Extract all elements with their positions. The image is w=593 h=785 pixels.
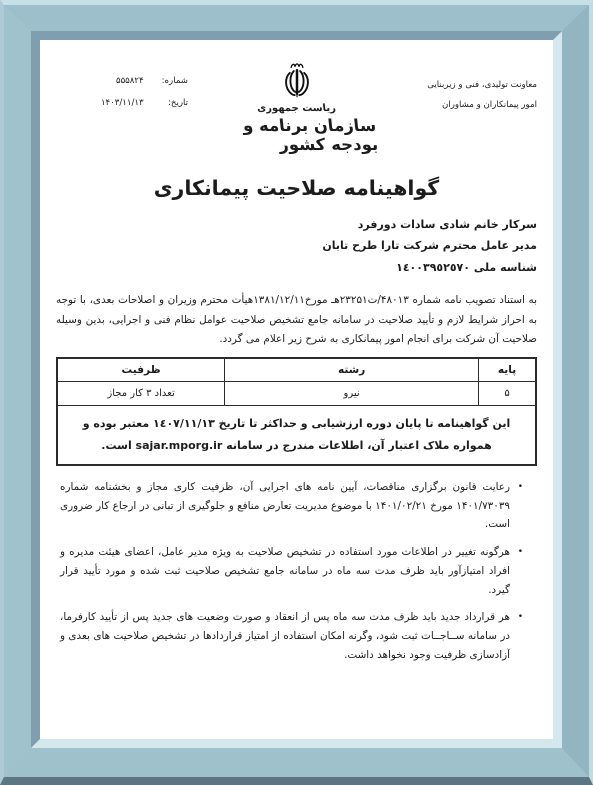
- recipient-name: سرکار خانم شادی سادات دورفرد: [56, 214, 537, 235]
- table-row: ۵ نیرو تعداد ۳ کار مجاز: [57, 382, 536, 406]
- deputy-line-2: امور پیمانکاران و مشاوران: [377, 96, 537, 116]
- frame-band: معاونت تولیدی، فنی و زیربنایی امور پیمان…: [4, 5, 589, 777]
- grade-column-header: پایه: [479, 358, 536, 382]
- capacity-cell: تعداد ۳ کار مجاز: [57, 382, 225, 406]
- note-item-1: رعایت قانون برگزاری مناقصات، آیین نامه ه…: [60, 478, 523, 534]
- number-date-block: شماره: ۵۵۵۸۲۴ تاریخ: ۱۴۰۳/۱۱/۱۳: [56, 76, 216, 108]
- intro-paragraph: به استناد تصویب نامه شماره ۴۸۰۱۳/ت۲۳۲۵۱ه…: [56, 291, 537, 349]
- organization-name: سازمان برنامه و بودجه کشور: [214, 116, 379, 154]
- note-item-2: هرگونه تغییر در اطلاعات مورد استفاده در …: [60, 543, 523, 599]
- deputy-line-1: معاونت تولیدی، فنی و زیربنایی: [377, 76, 537, 96]
- field-cell: نیرو: [225, 382, 479, 406]
- recipient-role: مدیر عامل محترم شرکت تارا طرح تابان: [56, 235, 537, 256]
- certificate-title: گواهینامه صلاحیت پیمانکاری: [56, 176, 537, 200]
- validity-note-line1: این گواهینامه تا پایان دوره ارزشیابی و ح…: [66, 413, 527, 434]
- validity-row: این گواهینامه تا پایان دوره ارزشیابی و ح…: [57, 406, 536, 465]
- certificate-page: معاونت تولیدی، فنی و زیربنایی امور پیمان…: [40, 40, 553, 739]
- letterhead-center: ریاست جمهوری سازمان برنامه و بودجه کشور: [216, 60, 377, 154]
- iran-national-emblem-icon: [279, 60, 315, 102]
- doc-date-label: تاریخ:: [162, 98, 188, 108]
- notes-list: رعایت قانون برگزاری مناقصات، آیین نامه ه…: [60, 478, 523, 664]
- doc-date-value: ۱۴۰۳/۱۱/۱۳: [101, 98, 144, 108]
- table-header-row: پایه رشته ظرفیت: [57, 358, 536, 382]
- letterhead: معاونت تولیدی، فنی و زیربنایی امور پیمان…: [56, 60, 537, 154]
- company-national-id: شناسه ملی ١٤٠٠٣٩٥٢٥٧٠: [56, 257, 537, 278]
- deputy-block: معاونت تولیدی، فنی و زیربنایی امور پیمان…: [377, 76, 537, 116]
- recipient-block: سرکار خانم شادی سادات دورفرد مدیر عامل م…: [56, 214, 537, 278]
- qualification-table: پایه رشته ظرفیت ۵ نیرو تعداد ۳ کار مجاز …: [56, 357, 537, 466]
- field-column-header: رشته: [225, 358, 479, 382]
- doc-number-label: شماره:: [162, 76, 188, 86]
- presidency-caption: ریاست جمهوری: [256, 103, 336, 114]
- grade-cell: ۵: [479, 382, 536, 406]
- frame-inner-bevel: معاونت تولیدی، فنی و زیربنایی امور پیمان…: [31, 31, 562, 748]
- doc-number-value: ۵۵۵۸۲۴: [101, 76, 144, 86]
- validity-note-line2: همواره ملاک اعتبار آن، اطلاعات مندرج در …: [66, 435, 527, 456]
- outer-frame: معاونت تولیدی، فنی و زیربنایی امور پیمان…: [0, 0, 593, 785]
- capacity-column-header: ظرفیت: [57, 358, 225, 382]
- note-item-3: هر قرارداد جدید باید ظرف مدت سه ماه پس ا…: [60, 608, 523, 664]
